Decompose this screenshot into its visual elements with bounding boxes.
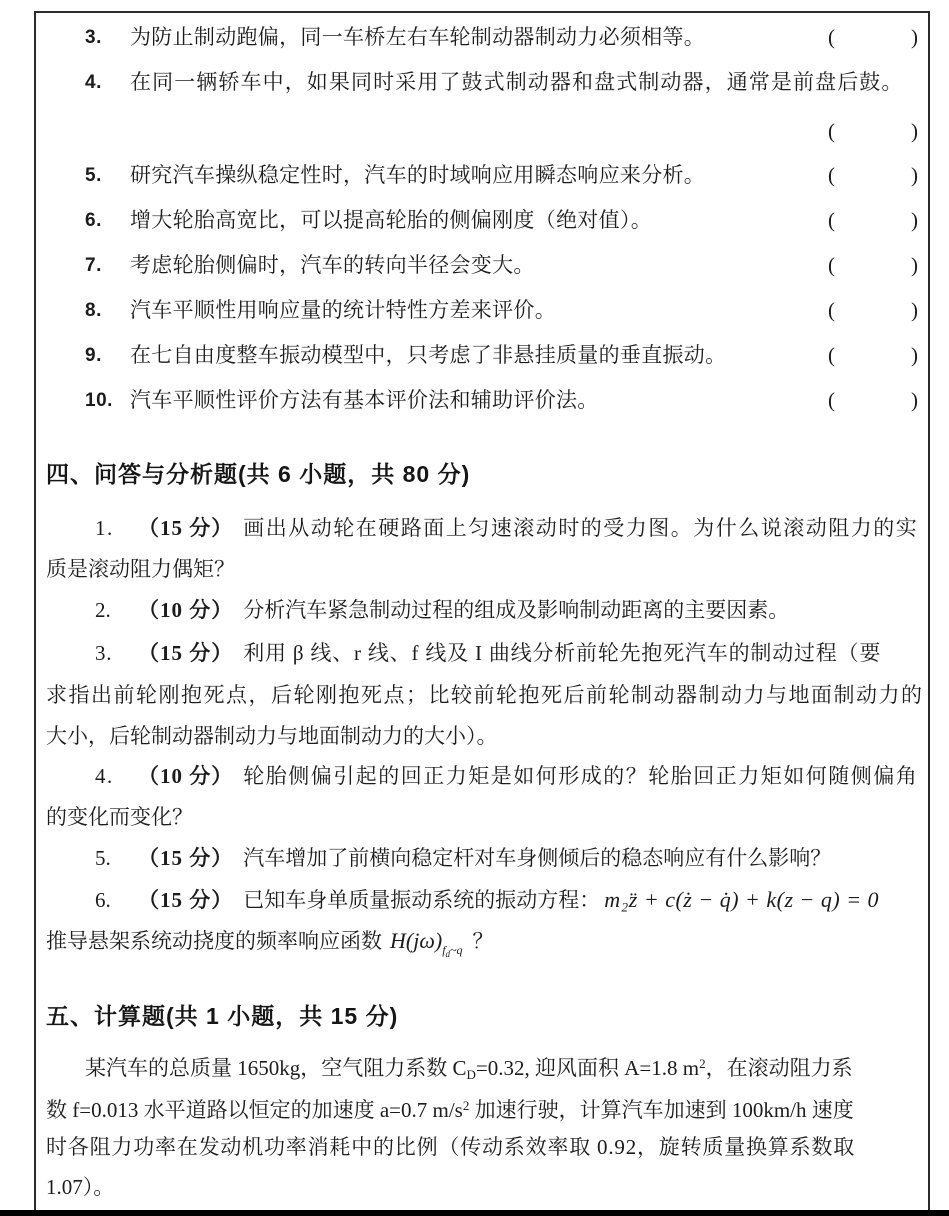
- tf-item-number: 9.: [85, 342, 130, 369]
- paren-close: ): [911, 387, 918, 414]
- question-number: 6.: [95, 887, 138, 914]
- paren-open: (: [828, 252, 835, 279]
- tf-item-number: 3.: [85, 24, 130, 51]
- para-text: 加速行驶，计算汽车加速到 100km/h 速度: [469, 1098, 853, 1122]
- s4-q5-line1: 5.（15 分）汽车增加了前横向稳定杆对车身侧倾后的稳态响应有什么影响？: [95, 845, 930, 872]
- question-number: 2.: [95, 597, 138, 624]
- answer-blank: (): [828, 252, 920, 279]
- s4-q3-line2: 求指出前轮刚抱死点，后轮刚抱死点；比较前轮抱死后前轮制动器制动力与地面制动力的: [46, 682, 930, 709]
- s5-para-line3: 时各阻力功率在发动机功率消耗中的比例（传动系效率取 0.92，旋转质量换算系数取: [46, 1134, 930, 1161]
- question-text: 利用 β 线、r 线、f 线及 I 曲线分析前轮先抱死汽车的制动过程（要: [243, 641, 881, 665]
- tf-item-text: 在同一辆轿车中，如果同时采用了鼓式制动器和盘式制动器，通常是前盘后鼓。: [130, 69, 920, 96]
- section4-title: 四、问答与分析题(共 6 小题，共 80 分): [46, 461, 470, 488]
- tf-item-4-blank-row: (): [85, 118, 920, 145]
- s4-q4-line2: 的变化而变化？: [46, 804, 930, 831]
- tf-item-text: 在七自由度整车振动模型中，只考虑了非悬挂质量的垂直振动。: [130, 342, 828, 369]
- tf-item-number: 6.: [85, 207, 130, 234]
- tf-item-10: 10. 汽车平顺性评价方法有基本评价法和辅助评价法。 (): [85, 387, 920, 414]
- tf-item-text: 汽车平顺性评价方法有基本评价法和辅助评价法。: [130, 387, 828, 414]
- answer-blank: (): [828, 387, 920, 414]
- question-score: （15 分）: [138, 846, 233, 870]
- paren-open: (: [828, 297, 835, 324]
- question-score: （15 分）: [138, 516, 233, 540]
- s5-para-line2: 数 f=0.013 水平道路以恒定的加速度 a=0.7 m/s2 加速行驶，计算…: [46, 1092, 930, 1124]
- paren-open: (: [828, 24, 835, 51]
- s4-q3-line1: 3.（15 分）利用 β 线、r 线、f 线及 I 曲线分析前轮先抱死汽车的制动…: [95, 640, 930, 667]
- tf-item-text: 为防止制动跑偏，同一车桥左右车轮制动器制动力必须相等。: [130, 24, 828, 51]
- subscript-D: D: [467, 1067, 476, 1082]
- paren-close: ): [911, 118, 918, 145]
- question-score: （15 分）: [138, 641, 233, 665]
- s4-q6-line1: 6.（15 分）已知车身单质量振动系统的振动方程：m₂z̈ + c(ż − q̇…: [95, 886, 930, 914]
- question-text: 推导悬架系统动挠度的频率响应函数: [46, 929, 382, 953]
- hfunc-subscript: fd~q: [442, 943, 462, 957]
- answer-blank: (): [828, 207, 920, 234]
- paren-close: ): [911, 342, 918, 369]
- para-text: =0.32, 迎风面积 A=1.8 m: [476, 1056, 699, 1080]
- scan-bottom-edge: [0, 1210, 949, 1216]
- tf-item-text: 考虑轮胎侧偏时，汽车的转向半径会变大。: [130, 252, 828, 279]
- question-number: 1.: [95, 515, 138, 542]
- question-mark: ？: [473, 929, 494, 953]
- question-number: 3.: [95, 640, 138, 667]
- question-text: 分析汽车紧急制动过程的组成及影响制动距离的主要因素。: [243, 598, 789, 622]
- s5-para-line4: 1.07）。: [46, 1174, 930, 1201]
- tf-item-text: 汽车平顺性用响应量的统计特性方差来评价。: [130, 297, 828, 324]
- tf-item-5: 5. 研究汽车操纵稳定性时，汽车的时域响应用瞬态响应来分析。 (): [85, 162, 920, 189]
- question-number: 5.: [95, 845, 138, 872]
- frequency-response-function: H(jω)fd~q: [390, 928, 463, 953]
- paren-close: ): [911, 24, 918, 51]
- s4-q2-line1: 2.（10 分）分析汽车紧急制动过程的组成及影响制动距离的主要因素。: [95, 597, 930, 624]
- vibration-equation: m₂z̈ + c(ż − q̇) + k(z − q) = 0: [604, 887, 879, 912]
- s5-para-line1: 某汽车的总质量 1650kg，空气阻力系数 CD=0.32, 迎风面积 A=1.…: [85, 1050, 930, 1088]
- paren-close: ): [911, 252, 918, 279]
- question-number: 4.: [95, 763, 138, 790]
- tf-item-6: 6. 增大轮胎高宽比，可以提高轮胎的侧偏刚度（绝对值）。 (): [85, 207, 920, 234]
- hfunc-sub-rest: ~q: [450, 943, 463, 957]
- s4-q6-line2: 推导悬架系统动挠度的频率响应函数H(jω)fd~q？: [46, 927, 930, 968]
- hfunc-main: H(jω): [390, 928, 442, 953]
- exam-paper-page: 3. 为防止制动跑偏，同一车桥左右车轮制动器制动力必须相等。 () 4. 在同一…: [0, 0, 949, 1216]
- para-text: 数 f=0.013 水平道路以恒定的加速度 a=0.7 m/s: [46, 1098, 463, 1122]
- tf-item-number: 10.: [85, 387, 130, 414]
- para-text: ，在滚动阻力系: [706, 1056, 853, 1080]
- tf-item-text: 增大轮胎高宽比，可以提高轮胎的侧偏刚度（绝对值）。: [130, 207, 828, 234]
- paren-open: (: [828, 387, 835, 414]
- question-text: 已知车身单质量振动系统的振动方程：: [243, 888, 600, 912]
- tf-item-9: 9. 在七自由度整车振动模型中，只考虑了非悬挂质量的垂直振动。 (): [85, 342, 920, 369]
- answer-blank: (): [828, 24, 920, 51]
- s4-q1-line2: 质是滚动阻力偶矩？: [46, 556, 930, 583]
- section5-title: 五、计算题(共 1 小题，共 15 分): [46, 1003, 398, 1030]
- question-score: （15 分）: [138, 888, 233, 912]
- tf-item-number: 7.: [85, 252, 130, 279]
- tf-item-number: 5.: [85, 162, 130, 189]
- paren-open: (: [828, 207, 835, 234]
- question-text: 画出从动轮在硬路面上匀速滚动时的受力图。为什么说滚动阻力的实: [243, 516, 918, 540]
- tf-item-7: 7. 考虑轮胎侧偏时，汽车的转向半径会变大。 (): [85, 252, 920, 279]
- paren-close: ): [911, 162, 918, 189]
- paren-open: (: [828, 342, 835, 369]
- tf-item-number: 4.: [85, 69, 130, 96]
- answer-blank: (): [828, 162, 920, 189]
- question-text: 汽车增加了前横向稳定杆对车身侧倾后的稳态响应有什么影响？: [243, 846, 831, 870]
- paren-open: (: [828, 118, 835, 145]
- para-text: 某汽车的总质量 1650kg，空气阻力系数 C: [85, 1056, 467, 1080]
- question-text: 轮胎侧偏引起的回正力矩是如何形成的？轮胎回正力矩如何随侧偏角: [243, 764, 918, 788]
- tf-item-number: 8.: [85, 297, 130, 324]
- tf-item-8: 8. 汽车平顺性用响应量的统计特性方差来评价。 (): [85, 297, 920, 324]
- answer-blank: (): [828, 342, 920, 369]
- question-score: （10 分）: [138, 598, 233, 622]
- s4-q1-line1: 1.（15 分）画出从动轮在硬路面上匀速滚动时的受力图。为什么说滚动阻力的实: [95, 515, 930, 542]
- s4-q4-line1: 4.（10 分）轮胎侧偏引起的回正力矩是如何形成的？轮胎回正力矩如何随侧偏角: [95, 763, 930, 790]
- s4-q3-line3: 大小，后轮制动器制动力与地面制动力的大小）。: [46, 723, 930, 750]
- question-score: （10 分）: [138, 764, 233, 788]
- tf-item-text: 研究汽车操纵稳定性时，汽车的时域响应用瞬态响应来分析。: [130, 162, 828, 189]
- tf-item-3: 3. 为防止制动跑偏，同一车桥左右车轮制动器制动力必须相等。 (): [85, 24, 920, 51]
- paren-close: ): [911, 297, 918, 324]
- answer-blank: (): [828, 297, 920, 324]
- paren-open: (: [828, 162, 835, 189]
- paren-close: ): [911, 207, 918, 234]
- answer-blank: (): [828, 118, 920, 145]
- tf-item-4: 4. 在同一辆轿车中，如果同时采用了鼓式制动器和盘式制动器，通常是前盘后鼓。: [85, 69, 920, 96]
